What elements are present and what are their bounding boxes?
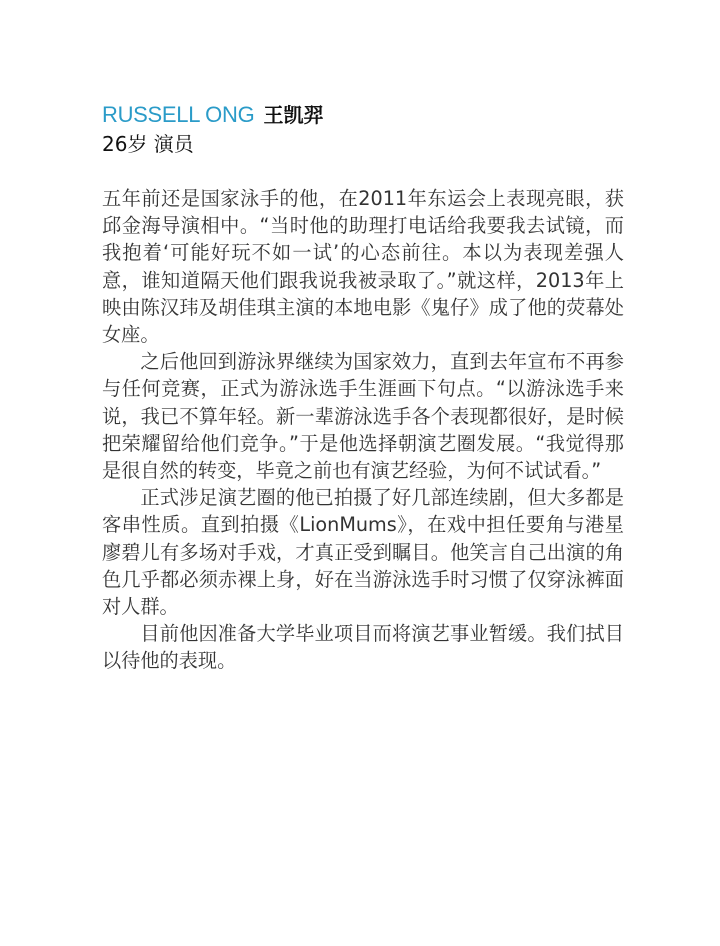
paragraph-1: 五年前还是国家泳手的他，在2011年东运会上表现亮眼，获邱金海导演相中。“当时他… <box>102 185 624 348</box>
article-title: RUSSELL ONG 王凯羿 <box>102 100 624 130</box>
article-body: 五年前还是国家泳手的他，在2011年东运会上表现亮眼，获邱金海导演相中。“当时他… <box>102 185 624 675</box>
article: RUSSELL ONG 王凯羿 26岁 演员 五年前还是国家泳手的他，在2011… <box>102 100 624 675</box>
paragraph-3: 正式涉足演艺圈的他已拍摄了好几部连续剧，但大多都是客串性质。直到拍摄《LionM… <box>102 484 624 620</box>
name-english: RUSSELL ONG <box>102 102 254 127</box>
paragraph-2: 之后他回到游泳界继续为国家效力，直到去年宣布不再参与任何竞赛，正式为游泳选手生涯… <box>102 348 624 484</box>
age-occupation: 26岁 演员 <box>102 130 624 158</box>
paragraph-4: 目前他因准备大学毕业项目而将演艺事业暂缓。我们拭目以待他的表现。 <box>102 620 624 674</box>
name-chinese: 王凯羿 <box>263 103 323 127</box>
